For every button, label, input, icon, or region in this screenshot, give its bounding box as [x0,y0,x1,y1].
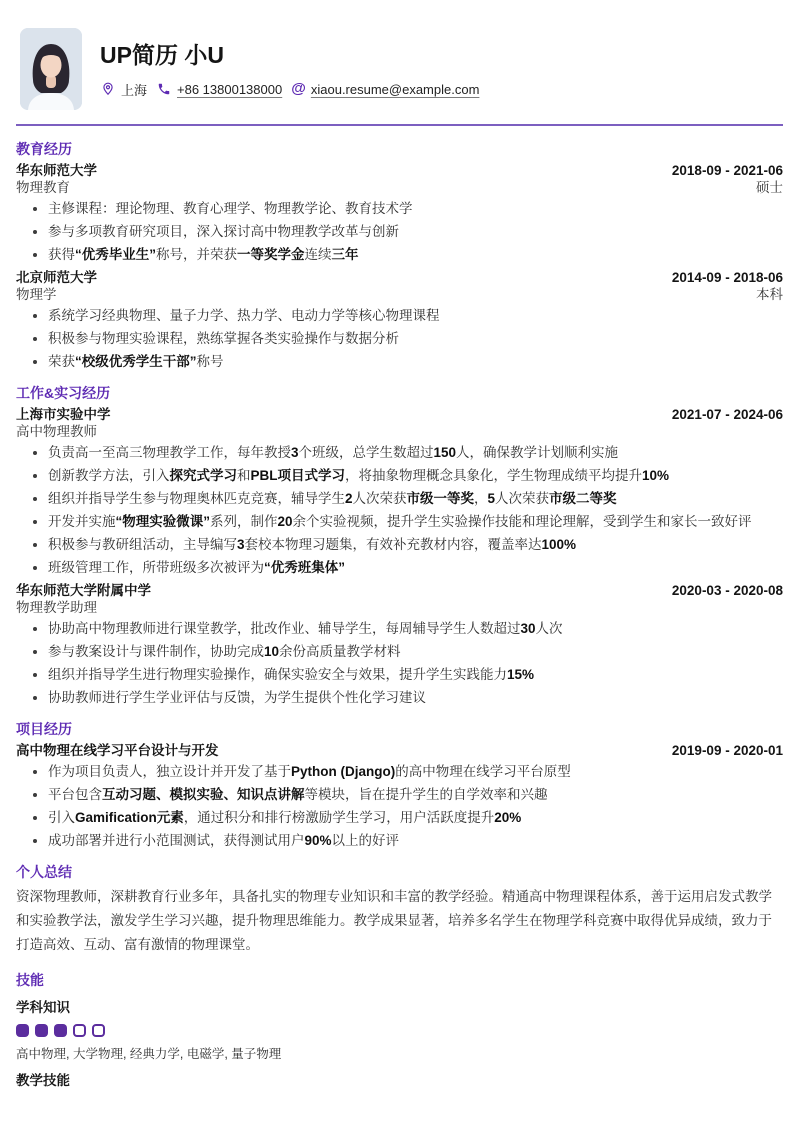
bullet-bold-segment: 20% [494,810,521,825]
bullet-marker-icon [33,816,37,820]
skill-dot-filled [35,1024,48,1037]
bullet-text: 协助高中物理教师进行课堂教学，批改作业、辅导学生，每周辅导学生人数超过30人次 [48,620,563,637]
bullet-item: 作为项目负责人，独立设计并开发了基于Python (Django)的高中物理在线… [16,763,783,780]
phone-icon [156,81,172,97]
bullet-segment: 创新教学方法，引入 [48,468,170,483]
bullet-item: 系统学习经典物理、量子力学、热力学、电动力学等核心物理课程 [16,307,783,324]
bullet-bold-segment: 3 [291,445,299,460]
bullet-segment: 积极参与教研组活动，主导编写 [48,537,237,552]
entry: 华东师范大学附属中学2020-03 - 2020-08物理教学助理协助高中物理教… [16,582,783,706]
bullet-marker-icon [33,474,37,478]
bullet-segment: 称号 [197,354,224,369]
entry-header-row: 上海市实验中学2021-07 - 2024-06 [16,406,783,423]
skill-name: 教学技能 [16,1072,783,1089]
bullet-segment: 荣获 [48,354,75,369]
section-title: 项目经历 [16,720,783,738]
bullet-segment: 积极参与物理实验课程，熟练掌握各类实验操作与数据分析 [48,331,399,346]
bullet-text: 组织并指导学生进行物理实验操作，确保实验安全与效果，提升学生实践能力15% [48,666,534,683]
bullet-bold-segment: 一等奖学金 [237,247,305,262]
sections: 教育经历华东师范大学2018-09 - 2021-06物理教育硕士主修课程：理论… [16,140,783,1089]
bullet-segment: 称号，并荣获 [156,247,237,262]
bullet-segment: ，将抽象物理概念具象化，学生物理成绩平均提升 [345,468,642,483]
email-link[interactable]: xiaou.resume@example.com [311,82,480,97]
entry-org: 华东师范大学 [16,162,97,179]
bullet-segment: 连续 [305,247,332,262]
bullet-item: 组织并指导学生参与物理奥林匹克竞赛，辅导学生2人次荣获市级一等奖，5人次荣获市级… [16,490,783,507]
bullet-item: 平台包含互动习题、模拟实验、知识点讲解等模块，旨在提升学生的自学效率和兴趣 [16,786,783,803]
entry-role: 物理教育 [16,179,70,196]
bullet-segment: 获得 [48,247,75,262]
bullet-text: 主修课程：理论物理、教育心理学、物理教学论、教育技术学 [48,200,413,217]
bullet-bold-segment: 探究式学习 [170,468,238,483]
bullet-list: 作为项目负责人，独立设计并开发了基于Python (Django)的高中物理在线… [16,763,783,849]
bullet-item: 参与多项教育研究项目，深入探讨高中物理教学改革与创新 [16,223,783,240]
bullet-segment: ，通过积分和排行榜激励学生学习，用户活跃度提升 [184,810,495,825]
bullet-item: 获得“优秀毕业生”称号，并荣获一等奖学金连续三年 [16,246,783,263]
bullet-segment: 主修课程：理论物理、教育心理学、物理教学论、教育技术学 [48,201,413,216]
bullet-segment: 班级管理工作，所带班级多次被评为 [48,560,264,575]
bullet-text: 积极参与教研组活动，主导编写3套校本物理习题集，有效补充教材内容，覆盖率达100… [48,536,576,553]
bullet-segment: 开发并实施 [48,514,116,529]
bullet-segment: 套校本物理习题集，有效补充教材内容，覆盖率达 [245,537,542,552]
bullet-text: 平台包含互动习题、模拟实验、知识点讲解等模块，旨在提升学生的自学效率和兴趣 [48,786,548,803]
bullet-segment: 的高中物理在线学习平台原型 [395,764,571,779]
bullet-segment: 协助教师进行学生学业评估与反馈，为学生提供个性化学习建议 [48,690,426,705]
bullet-bold-segment: PBL项目式学习 [251,468,346,483]
bullet-segment: 人次 [536,621,563,636]
bullet-segment: ， [474,491,488,506]
bullet-item: 开发并实施“物理实验微课”系列，制作20余个实验视频，提升学生实验操作技能和理论… [16,513,783,530]
bullet-marker-icon [33,520,37,524]
bullet-marker-icon [33,793,37,797]
bullet-item: 积极参与教研组活动，主导编写3套校本物理习题集，有效补充教材内容，覆盖率达100… [16,536,783,553]
entry-sub-row: 物理教育硕士 [16,179,783,196]
bullet-marker-icon [33,566,37,570]
bullet-item: 协助高中物理教师进行课堂教学，批改作业、辅导学生，每周辅导学生人数超过30人次 [16,620,783,637]
bullet-item: 积极参与物理实验课程，熟练掌握各类实验操作与数据分析 [16,330,783,347]
bullet-text: 负责高一至高三物理教学工作，每年教授3个班级，总学生数超过150人，确保教学计划… [48,444,618,461]
entry-date: 2014-09 - 2018-06 [672,269,783,286]
bullet-marker-icon [33,627,37,631]
entry-date: 2021-07 - 2024-06 [672,406,783,423]
section-1: 工作&实习经历上海市实验中学2021-07 - 2024-06高中物理教师负责高… [16,384,783,706]
bullet-segment: 系列，制作 [210,514,278,529]
entry: 高中物理在线学习平台设计与开发2019-09 - 2020-01作为项目负责人，… [16,742,783,849]
bullet-marker-icon [33,497,37,501]
bullet-text: 参与教案设计与课件制作，协助完成10余份高质量教学材料 [48,643,401,660]
entry-role: 物理教学助理 [16,599,97,616]
bullet-bold-segment: Gamification元素 [75,810,184,825]
bullet-marker-icon [33,650,37,654]
skill-keywords: 高中物理, 大学物理, 经典力学, 电磁学, 量子物理 [16,1046,783,1062]
entry: 上海市实验中学2021-07 - 2024-06高中物理教师负责高一至高三物理教… [16,406,783,576]
bullet-bold-segment: 5 [488,491,496,506]
skill-level-dots [16,1024,783,1037]
phone-group: +86 13800138000 [156,81,282,97]
entry-sub-row: 物理教学助理 [16,599,783,616]
entry-date: 2020-03 - 2020-08 [672,582,783,599]
bullet-marker-icon [33,770,37,774]
bullet-marker-icon [33,253,37,257]
skill-dot-empty [73,1024,86,1037]
bullet-bold-segment: 互动习题、模拟实验、知识点讲解 [102,787,305,802]
bullet-item: 协助教师进行学生学业评估与反馈，为学生提供个性化学习建议 [16,689,783,706]
entry-role: 高中物理教师 [16,423,97,440]
skill-item: 学科知识高中物理, 大学物理, 经典力学, 电磁学, 量子物理 [16,999,783,1062]
bullet-marker-icon [33,673,37,677]
bullet-segment: 个班级，总学生数超过 [299,445,434,460]
bullet-bold-segment: “物理实验微课” [116,514,211,529]
bullet-text: 引入Gamification元素，通过积分和排行榜激励学生学习，用户活跃度提升2… [48,809,521,826]
bullet-text: 成功部署并进行小范围测试，获得测试用户90%以上的好评 [48,832,399,849]
bullet-segment: 负责高一至高三物理教学工作，每年教授 [48,445,291,460]
bullet-segment: 引入 [48,810,75,825]
bullet-segment: 余份高质量教学材料 [279,644,401,659]
entry-header-row: 北京师范大学2014-09 - 2018-06 [16,269,783,286]
bullet-segment: 人次荣获 [495,491,549,506]
location-group: 上海 [100,80,147,99]
entry: 北京师范大学2014-09 - 2018-06物理学本科系统学习经典物理、量子力… [16,269,783,370]
entry-header-row: 高中物理在线学习平台设计与开发2019-09 - 2020-01 [16,742,783,759]
skill-dot-empty [92,1024,105,1037]
section-3: 个人总结资深物理教师，深耕教育行业多年，具备扎实的物理专业知识和丰富的教学经验。… [16,863,783,957]
bullet-marker-icon [33,230,37,234]
bullet-bold-segment: 15% [507,667,534,682]
resume-header: UP简历 小U 上海 [20,0,783,110]
bullet-text: 荣获“校级优秀学生干部”称号 [48,353,224,370]
bullet-segment: 作为项目负责人，独立设计并开发了基于 [48,764,291,779]
section-title: 教育经历 [16,140,783,158]
section-0: 教育经历华东师范大学2018-09 - 2021-06物理教育硕士主修课程：理论… [16,140,783,370]
bullet-bold-segment: 三年 [332,247,359,262]
bullet-marker-icon [33,839,37,843]
resume-page: UP简历 小U 上海 [0,0,799,1089]
bullet-item: 主修课程：理论物理、教育心理学、物理教学论、教育技术学 [16,200,783,217]
section-title: 技能 [16,971,783,989]
bullet-marker-icon [33,337,37,341]
entry: 华东师范大学2018-09 - 2021-06物理教育硕士主修课程：理论物理、教… [16,162,783,263]
bullet-list: 主修课程：理论物理、教育心理学、物理教学论、教育技术学参与多项教育研究项目，深入… [16,200,783,263]
bullet-segment: 平台包含 [48,787,102,802]
phone-link[interactable]: +86 13800138000 [177,82,282,97]
entry-header-row: 华东师范大学2018-09 - 2021-06 [16,162,783,179]
bullet-bold-segment: 2 [345,491,353,506]
bullet-bold-segment: 市级一等奖 [407,491,475,506]
bullet-segment: 人，确保教学计划顺利实施 [456,445,618,460]
bullet-marker-icon [33,207,37,211]
bullet-text: 获得“优秀毕业生”称号，并荣获一等奖学金连续三年 [48,246,359,263]
bullet-bold-segment: 10 [264,644,279,659]
bullet-marker-icon [33,314,37,318]
bullet-item: 创新教学方法，引入探究式学习和PBL项目式学习，将抽象物理概念具象化，学生物理成… [16,467,783,484]
entry-org: 北京师范大学 [16,269,97,286]
summary-text: 资深物理教师，深耕教育行业多年，具备扎实的物理专业知识和丰富的教学经验。精通高中… [16,885,783,957]
skill-dot-filled [16,1024,29,1037]
bullet-text: 作为项目负责人，独立设计并开发了基于Python (Django)的高中物理在线… [48,763,571,780]
bullet-marker-icon [33,543,37,547]
bullet-segment: 等模块，旨在提升学生的自学效率和兴趣 [305,787,548,802]
bullet-segment: 系统学习经典物理、量子力学、热力学、电动力学等核心物理课程 [48,308,440,323]
bullet-item: 组织并指导学生进行物理实验操作，确保实验安全与效果，提升学生实践能力15% [16,666,783,683]
bullet-marker-icon [33,360,37,364]
entry-role: 物理学 [16,286,57,303]
bullet-item: 成功部署并进行小范围测试，获得测试用户90%以上的好评 [16,832,783,849]
email-group: @ xiaou.resume@example.com [291,82,479,97]
bullet-segment: 以上的好评 [332,833,400,848]
bullet-text: 参与多项教育研究项目，深入探讨高中物理教学改革与创新 [48,223,399,240]
header-text-block: UP简历 小U 上海 [100,28,479,110]
bullet-bold-segment: 150 [434,445,457,460]
entry-header-row: 华东师范大学附属中学2020-03 - 2020-08 [16,582,783,599]
section-title: 工作&实习经历 [16,384,783,402]
profile-photo [20,28,82,110]
contact-row: 上海 +86 13800138000 @ xiaou.resume@exampl… [100,80,479,99]
entry-date: 2019-09 - 2020-01 [672,742,783,759]
skill-dot-filled [54,1024,67,1037]
bullet-marker-icon [33,451,37,455]
bullet-text: 开发并实施“物理实验微课”系列，制作20余个实验视频，提升学生实验操作技能和理论… [48,513,752,530]
bullet-marker-icon [33,696,37,700]
bullet-segment: 协助高中物理教师进行课堂教学，批改作业、辅导学生，每周辅导学生人数超过 [48,621,521,636]
bullet-bold-segment: “校级优秀学生干部” [75,354,197,369]
bullet-text: 积极参与物理实验课程，熟练掌握各类实验操作与数据分析 [48,330,399,347]
bullet-bold-segment: Python (Django) [291,764,395,779]
entry-degree: 本科 [756,286,783,303]
skill-item: 教学技能 [16,1072,783,1089]
bullet-bold-segment: 90% [305,833,332,848]
bullet-segment: 组织并指导学生参与物理奥林匹克竞赛，辅导学生 [48,491,345,506]
header-divider [16,124,783,126]
bullet-text: 班级管理工作，所带班级多次被评为“优秀班集体” [48,559,345,576]
bullet-bold-segment: “优秀毕业生” [75,247,156,262]
bullet-bold-segment: 20 [278,514,293,529]
section-4: 技能学科知识高中物理, 大学物理, 经典力学, 电磁学, 量子物理教学技能 [16,971,783,1089]
entry-org: 高中物理在线学习平台设计与开发 [16,742,219,759]
bullet-segment: 参与教案设计与课件制作，协助完成 [48,644,264,659]
entry-date: 2018-09 - 2021-06 [672,162,783,179]
section-title: 个人总结 [16,863,783,881]
bullet-bold-segment: 市级二等奖 [549,491,617,506]
bullet-list: 负责高一至高三物理教学工作，每年教授3个班级，总学生数超过150人，确保教学计划… [16,444,783,576]
entry-org: 上海市实验中学 [16,406,111,423]
bullet-item: 荣获“校级优秀学生干部”称号 [16,353,783,370]
bullet-bold-segment: 3 [237,537,245,552]
bullet-text: 创新教学方法，引入探究式学习和PBL项目式学习，将抽象物理概念具象化，学生物理成… [48,467,669,484]
bullet-text: 协助教师进行学生学业评估与反馈，为学生提供个性化学习建议 [48,689,426,706]
skill-name: 学科知识 [16,999,783,1016]
bullet-bold-segment: 30 [521,621,536,636]
bullet-item: 负责高一至高三物理教学工作，每年教授3个班级，总学生数超过150人，确保教学计划… [16,444,783,461]
bullet-segment: 人次荣获 [353,491,407,506]
section-2: 项目经历高中物理在线学习平台设计与开发2019-09 - 2020-01作为项目… [16,720,783,849]
bullet-list: 协助高中物理教师进行课堂教学，批改作业、辅导学生，每周辅导学生人数超过30人次参… [16,620,783,706]
bullet-segment: 成功部署并进行小范围测试，获得测试用户 [48,833,305,848]
bullet-item: 引入Gamification元素，通过积分和排行榜激励学生学习，用户活跃度提升2… [16,809,783,826]
at-icon: @ [291,82,306,96]
location-text: 上海 [121,80,147,99]
bullet-item: 参与教案设计与课件制作，协助完成10余份高质量教学材料 [16,643,783,660]
bullet-bold-segment: “优秀班集体” [264,560,345,575]
bullet-item: 班级管理工作，所带班级多次被评为“优秀班集体” [16,559,783,576]
entry-sub-row: 高中物理教师 [16,423,783,440]
entry-sub-row: 物理学本科 [16,286,783,303]
bullet-segment: 和 [237,468,251,483]
bullet-bold-segment: 100% [542,537,577,552]
entry-degree: 硕士 [756,179,783,196]
bullet-segment: 组织并指导学生进行物理实验操作，确保实验安全与效果，提升学生实践能力 [48,667,507,682]
bullet-segment: 参与多项教育研究项目，深入探讨高中物理教学改革与创新 [48,224,399,239]
location-pin-icon [100,81,116,97]
candidate-name: UP简历 小U [100,42,479,68]
bullet-text: 系统学习经典物理、量子力学、热力学、电动力学等核心物理课程 [48,307,440,324]
bullet-bold-segment: 10% [642,468,669,483]
bullet-segment: 余个实验视频，提升学生实验操作技能和理论理解，受到学生和家长一致好评 [293,514,752,529]
bullet-text: 组织并指导学生参与物理奥林匹克竞赛，辅导学生2人次荣获市级一等奖，5人次荣获市级… [48,490,617,507]
bullet-list: 系统学习经典物理、量子力学、热力学、电动力学等核心物理课程积极参与物理实验课程，… [16,307,783,370]
entry-org: 华东师范大学附属中学 [16,582,151,599]
